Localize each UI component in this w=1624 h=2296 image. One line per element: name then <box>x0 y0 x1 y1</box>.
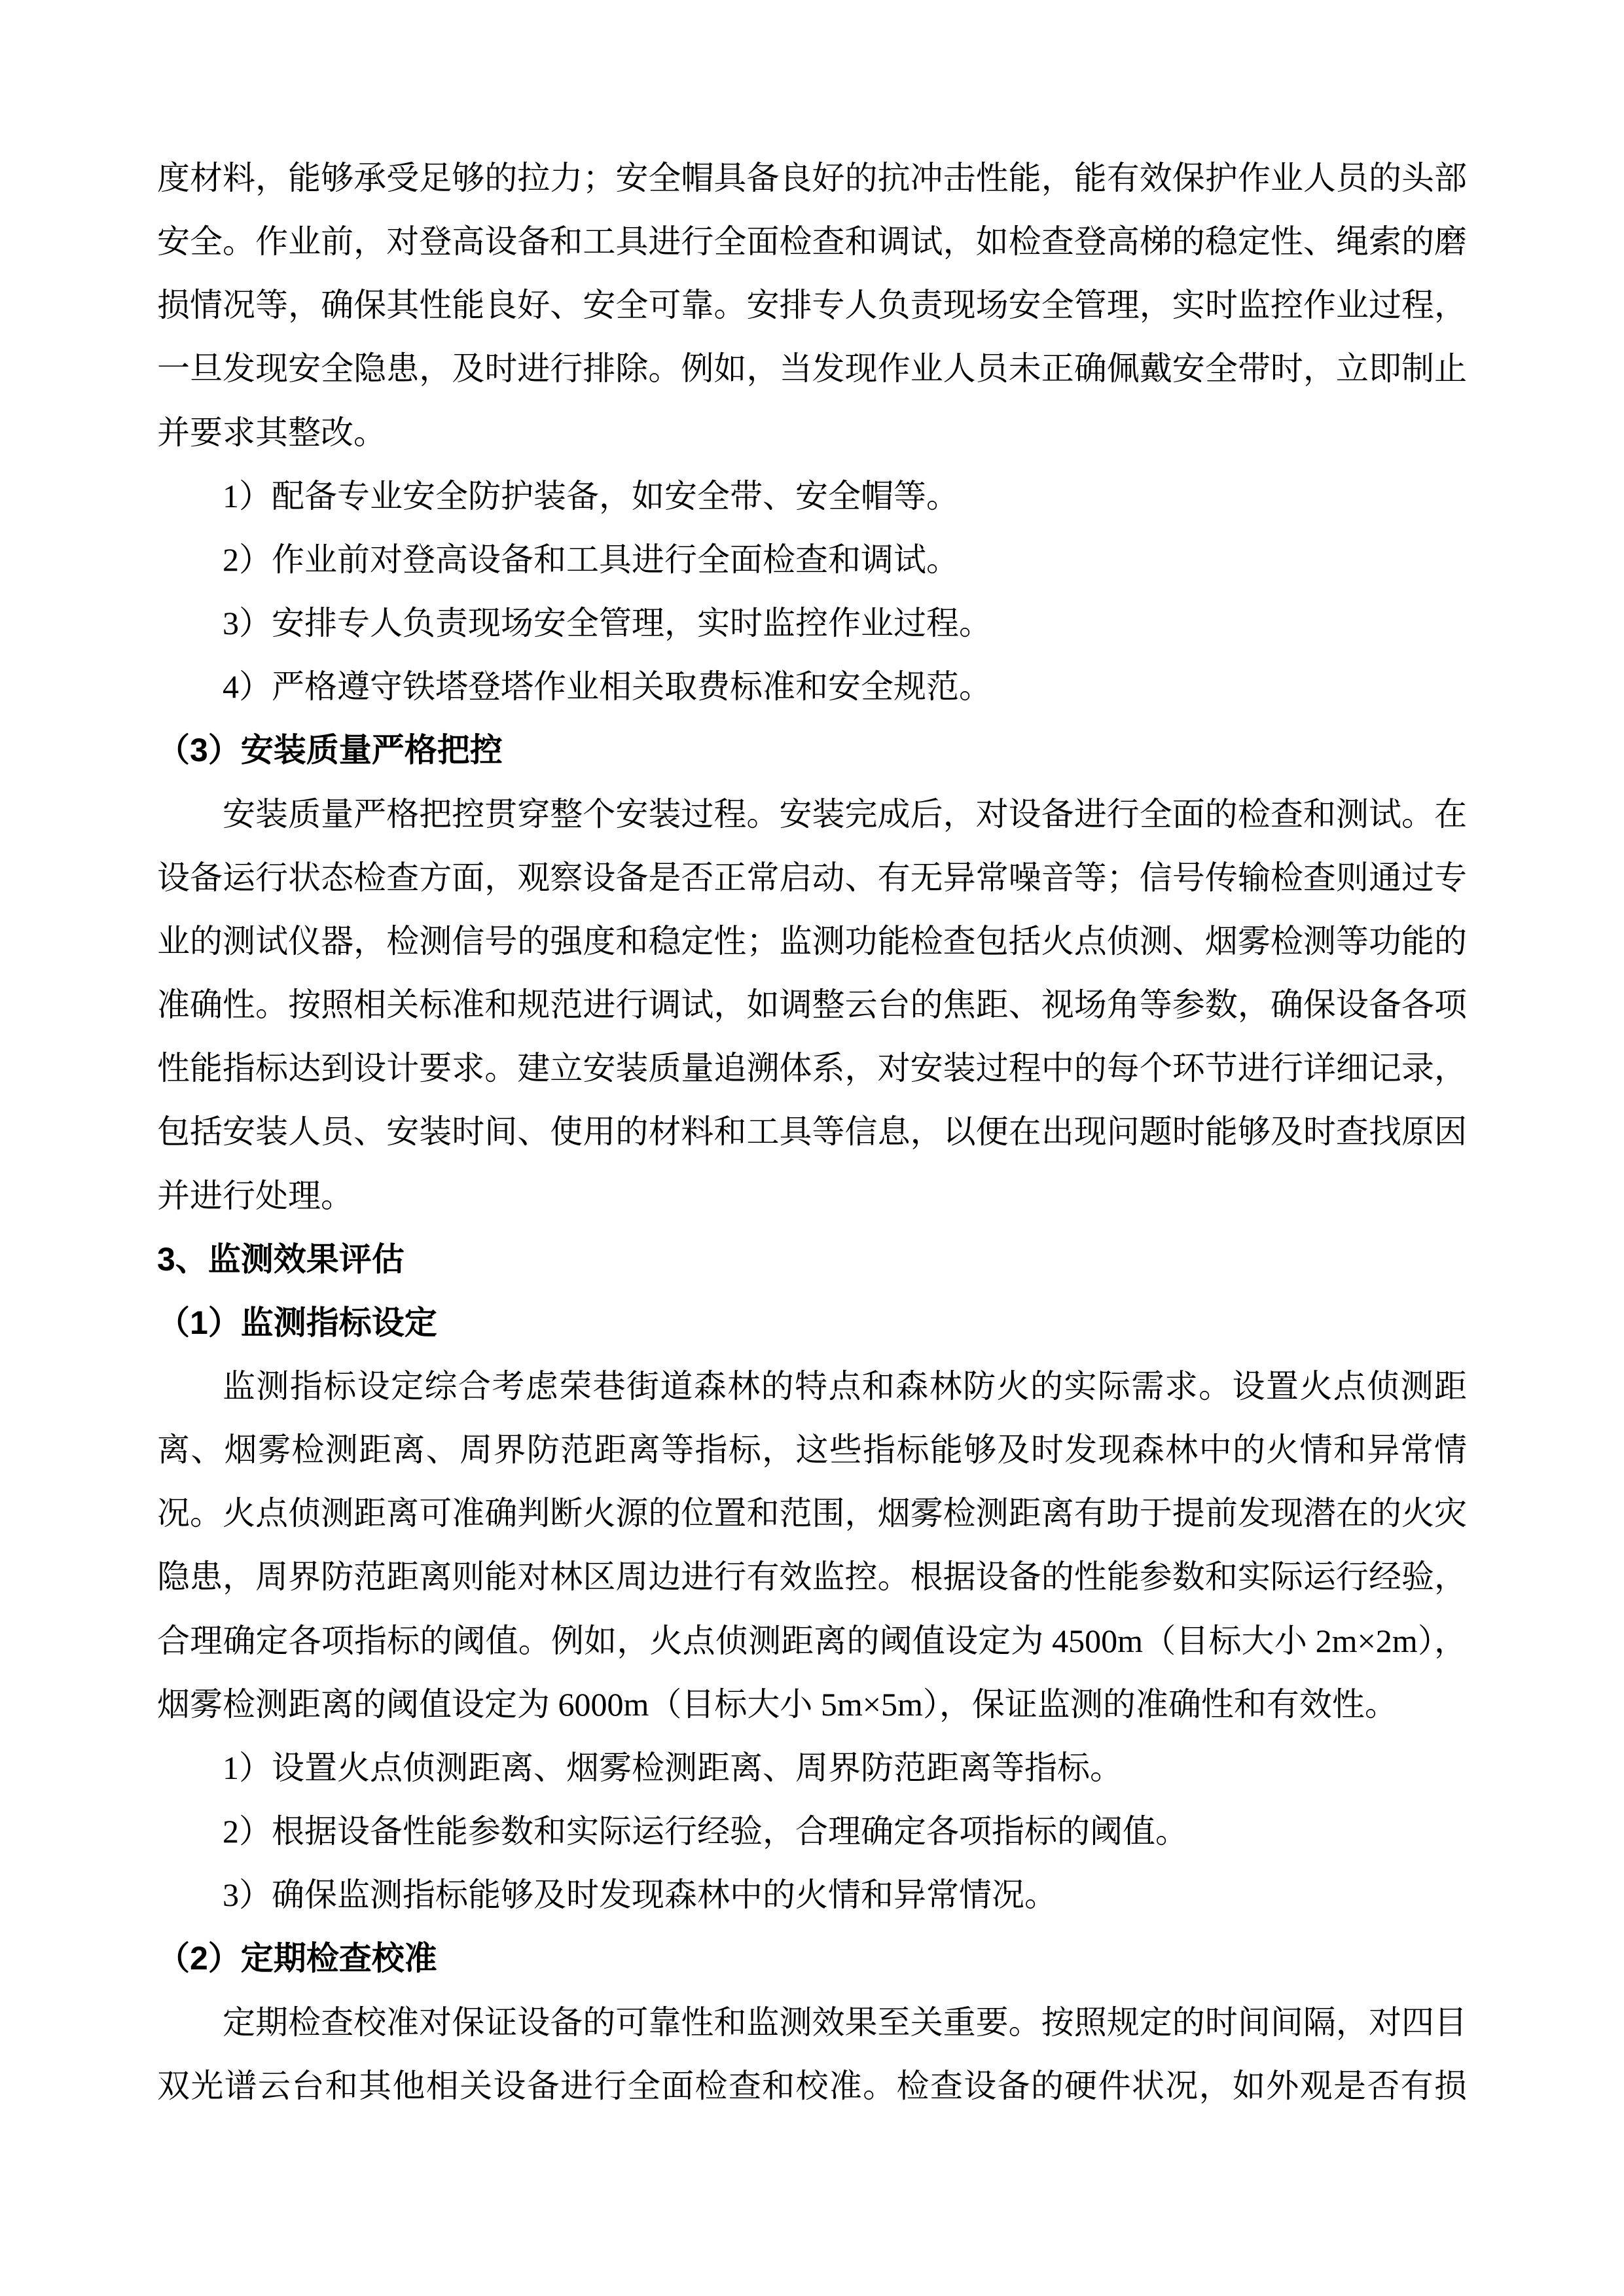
heading-level-2: （2）定期检查校准 <box>157 1927 1467 1990</box>
paragraph-line: 业的测试仪器，检测信号的强度和稳定性；监测功能检查包括火点侦测、烟雾检测等功能的 <box>157 910 1467 973</box>
paragraph-line: 准确性。按照相关标准和规范进行调试，如调整云台的焦距、视场角等参数，确保设备各项 <box>157 973 1467 1037</box>
paragraph-line: 一旦发现安全隐患，及时进行排除。例如，当发现作业人员未正确佩戴安全带时，立即制止 <box>157 337 1467 401</box>
list-item: 3）确保监测指标能够及时发现森林中的火情和异常情况。 <box>157 1863 1467 1927</box>
paragraph-line: 并进行处理。 <box>157 1164 1467 1228</box>
list-item: 3）安排专人负责现场安全管理，实时监控作业过程。 <box>157 592 1467 655</box>
paragraph-line: 况。火点侦测距离可准确判断火源的位置和范围，烟雾检测距离有助于提前发现潜在的火灾 <box>157 1482 1467 1545</box>
paragraph-line: 安装质量严格把控贯穿整个安装过程。安装完成后，对设备进行全面的检查和测试。在 <box>157 783 1467 846</box>
document-body: 度材料，能够承受足够的拉力；安全帽具备良好的抗冲击性能，能有效保护作业人员的头部… <box>157 147 1467 2118</box>
heading-level-2: （1）监测指标设定 <box>157 1291 1467 1355</box>
list-item: 1）设置火点侦测距离、烟雾检测距离、周界防范距离等指标。 <box>157 1736 1467 1800</box>
paragraph-line: 双光谱云台和其他相关设备进行全面检查和校准。检查设备的硬件状况，如外观是否有损 <box>157 2054 1467 2118</box>
heading-level-2: （3）安装质量严格把控 <box>157 719 1467 782</box>
list-item: 2）作业前对登高设备和工具进行全面检查和调试。 <box>157 528 1467 592</box>
heading-level-1: 3、监测效果评估 <box>157 1228 1467 1291</box>
paragraph-line: 安全。作业前，对登高设备和工具进行全面检查和调试，如检查登高梯的稳定性、绳索的磨 <box>157 210 1467 274</box>
paragraph-line: 包括安装人员、安装时间、使用的材料和工具等信息，以便在出现问题时能够及时查找原因 <box>157 1100 1467 1164</box>
paragraph-line: 损情况等，确保其性能良好、安全可靠。安排专人负责现场安全管理，实时监控作业过程， <box>157 274 1467 337</box>
paragraph-line: 监测指标设定综合考虑荣巷街道森林的特点和森林防火的实际需求。设置火点侦测距 <box>157 1355 1467 1418</box>
paragraph-line: 离、烟雾检测距离、周界防范距离等指标，这些指标能够及时发现森林中的火情和异常情 <box>157 1418 1467 1482</box>
paragraph-line: 合理确定各项指标的阈值。例如，火点侦测距离的阈值设定为 4500m（目标大小 2… <box>157 1609 1467 1673</box>
paragraph-line: 性能指标达到设计要求。建立安装质量追溯体系，对安装过程中的每个环节进行详细记录， <box>157 1037 1467 1100</box>
document-page: 度材料，能够承受足够的拉力；安全帽具备良好的抗冲击性能，能有效保护作业人员的头部… <box>0 0 1624 2296</box>
list-item: 2）根据设备性能参数和实际运行经验，合理确定各项指标的阈值。 <box>157 1800 1467 1863</box>
list-item: 1）配备专业安全防护装备，如安全带、安全帽等。 <box>157 465 1467 528</box>
paragraph-line: 设备运行状态检查方面，观察设备是否正常启动、有无异常噪音等；信号传输检查则通过专 <box>157 846 1467 910</box>
paragraph-line: 定期检查校准对保证设备的可靠性和监测效果至关重要。按照规定的时间间隔，对四目 <box>157 1991 1467 2054</box>
list-item: 4）严格遵守铁塔登塔作业相关取费标准和安全规范。 <box>157 655 1467 719</box>
paragraph-line: 度材料，能够承受足够的拉力；安全帽具备良好的抗冲击性能，能有效保护作业人员的头部 <box>157 147 1467 210</box>
paragraph-line: 并要求其整改。 <box>157 401 1467 465</box>
paragraph-line: 烟雾检测距离的阈值设定为 6000m（目标大小 5m×5m），保证监测的准确性和… <box>157 1673 1467 1736</box>
paragraph-line: 隐患，周界防范距离则能对林区周边进行有效监控。根据设备的性能参数和实际运行经验， <box>157 1545 1467 1609</box>
